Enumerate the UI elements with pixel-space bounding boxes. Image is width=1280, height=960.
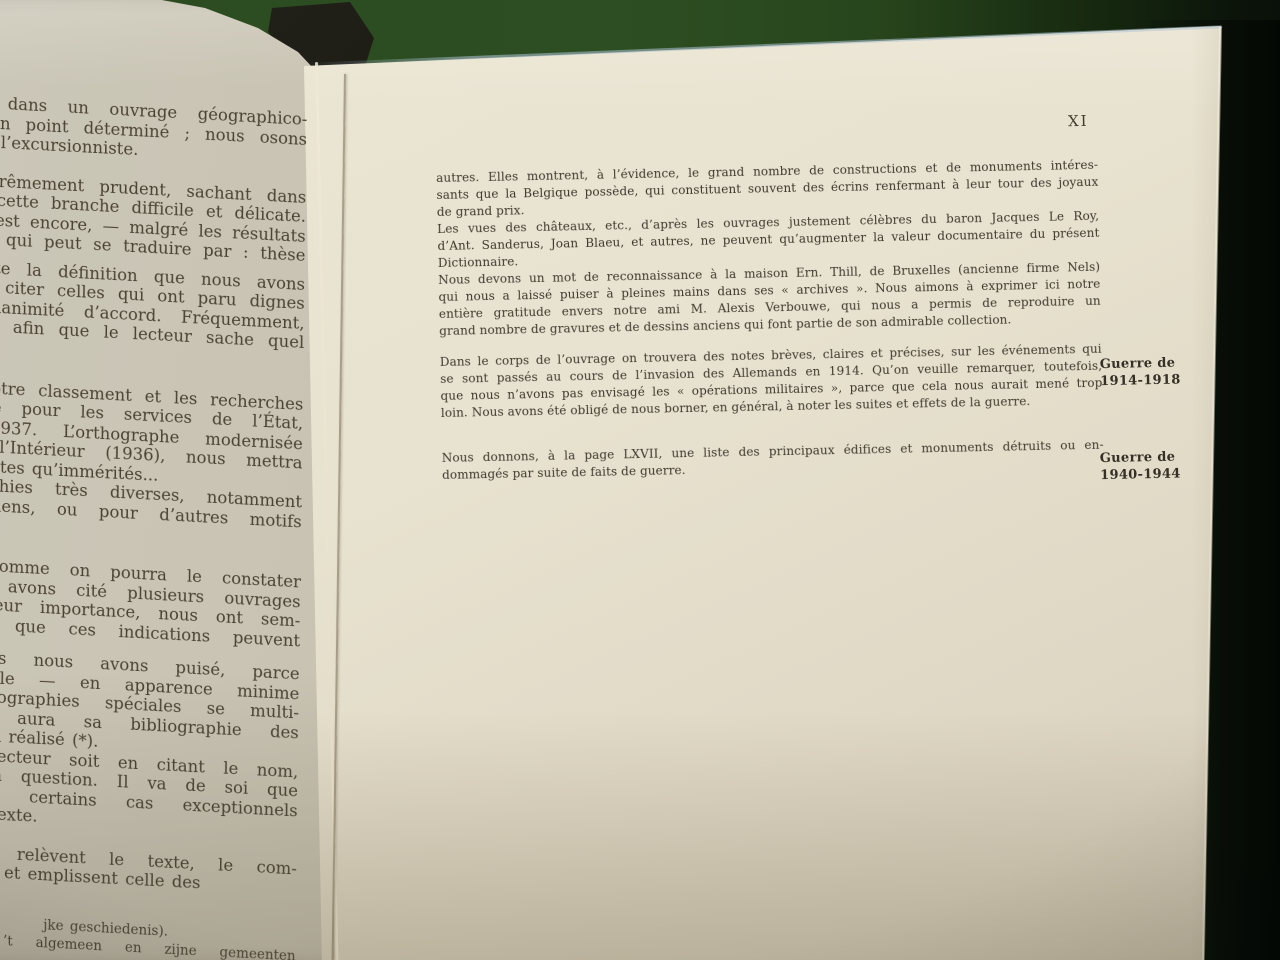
right-page-text: autres. Elles montrent, à l’évidence, le…	[436, 157, 1104, 484]
book-photo-scene: réunies dans un ouvrage géographico- tés…	[0, 0, 1280, 960]
margin-note-1940-1944: Guerre de 1940-1944	[1100, 448, 1211, 484]
margin-note-years: 1914-1918	[1100, 371, 1210, 390]
page-number: XI	[1068, 112, 1089, 130]
margin-note-1914-1918: Guerre de 1914-1918	[1100, 354, 1211, 390]
margin-note-years: 1940-1944	[1100, 465, 1210, 484]
left-page-text: réunies dans un ouvrage géographico- tés…	[0, 90, 307, 960]
